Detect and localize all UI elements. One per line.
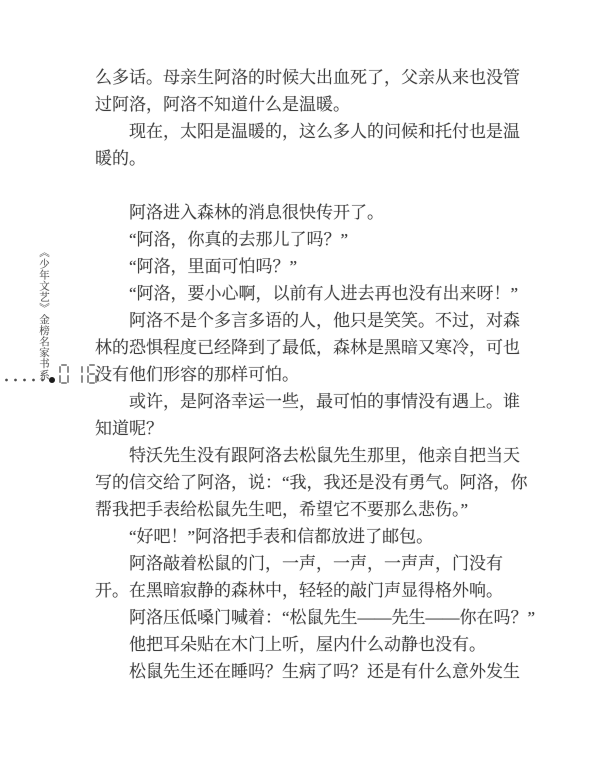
text-line: 或许，是阿洛幸运一些，最可怕的事情没有遇上。谁 <box>95 388 537 415</box>
text-line: 知道呢？ <box>95 415 537 442</box>
page-number-digit <box>59 364 69 384</box>
text-line: 他把耳朵贴在木门上听，屋内什么动静也没有。 <box>95 631 537 658</box>
text-line: 阿洛不是个多言多语的人，他只是笑笑。不过，对森 <box>95 307 537 334</box>
digit-segment <box>67 366 69 374</box>
text-line: 暖的。 <box>95 145 537 172</box>
text-line: 帮我把手表给松鼠先生吧，希望它不要那么悲伤。” <box>95 496 537 523</box>
text-line: 特沃先生没有跟阿洛去松鼠先生那里，他亲自把当天 <box>95 442 537 469</box>
body-text: 么多话。母亲生阿洛的时候大出血死了，父亲从来也没管过阿洛，阿洛不知道什么是温暖。… <box>95 64 537 685</box>
text-line: 没有他们形容的那样可怕。 <box>95 361 537 388</box>
digit-segment <box>81 375 83 383</box>
leader-end-dot <box>49 377 55 383</box>
blank-line <box>95 172 537 199</box>
text-line: “好吧！”阿洛把手表和信都放进了邮包。 <box>95 523 537 550</box>
digit-segment <box>67 375 69 383</box>
page-number <box>59 364 97 384</box>
digit-segment <box>81 366 83 374</box>
text-line: “阿洛，里面可怕吗？” <box>95 253 537 280</box>
text-line: 阿洛进入森林的消息很快传开了。 <box>95 199 537 226</box>
text-line: 阿洛敲着松鼠的门，一声，一声，一声声，门没有 <box>95 550 537 577</box>
text-line: 松鼠先生还在睡吗？生病了吗？还是有什么意外发生 <box>95 658 537 685</box>
text-line: 开。在黑暗寂静的森林中，轻轻的敲门声显得格外响。 <box>95 577 537 604</box>
dotted-leader <box>1 377 47 383</box>
digit-segment <box>61 382 67 384</box>
book-page: 《少年文艺》金榜名家书系 么多话。母亲生阿洛的时候大出血死了，父亲从来也没管过阿… <box>0 0 600 783</box>
digit-segment <box>59 366 61 374</box>
digit-segment <box>59 375 61 383</box>
page-number-digit <box>73 364 83 384</box>
text-line: 过阿洛，阿洛不知道什么是温暖。 <box>95 91 537 118</box>
text-line: “阿洛，要小心啊，以前有人进去再也没有出来呀！” <box>95 280 537 307</box>
series-title-vertical: 《少年文艺》金榜名家书系 <box>36 247 51 380</box>
text-line: 现在，太阳是温暖的，这么多人的问候和托付也是温 <box>95 118 537 145</box>
text-line: 么多话。母亲生阿洛的时候大出血死了，父亲从来也没管 <box>95 64 537 91</box>
text-line: 阿洛压低嗓门喊着：“松鼠先生——先生——你在吗？” <box>95 604 537 631</box>
digit-segment <box>87 375 89 383</box>
page-number-row <box>0 362 95 388</box>
text-line: 林的恐惧程度已经降到了最低，森林是黑暗又寒冷，可也 <box>95 334 537 361</box>
digit-segment <box>87 366 89 374</box>
text-line: “阿洛，你真的去那儿了吗？” <box>95 226 537 253</box>
text-line: 写的信交给了阿洛，说：“我，我还是没有勇气。阿洛，你 <box>95 469 537 496</box>
